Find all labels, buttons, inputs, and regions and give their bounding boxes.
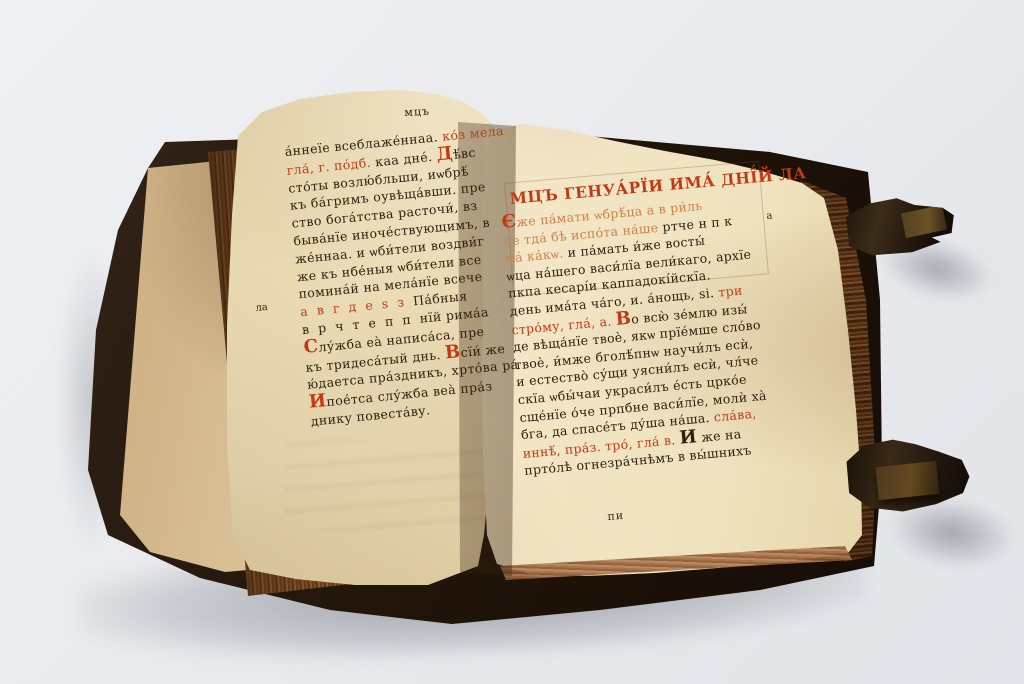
photo-of-open-manuscript-book: мцъ ла а́ннеїе всеблаже́ннаа. ко́з мелаг…: [0, 0, 1024, 684]
left-running-header: мцъ: [404, 105, 430, 119]
right-page-text-block: Єже па́мати ѡбрѣ́ца а в ри́льне тда́ бѣ …: [501, 188, 810, 480]
text-run: В: [615, 307, 632, 329]
text-run: сла́ва,: [713, 406, 757, 425]
left-margin-note: ла: [255, 302, 268, 314]
text-run: три: [718, 282, 743, 299]
text-run: И: [308, 390, 327, 413]
text-run: ѣ́вс: [452, 144, 476, 161]
page-number: пи: [607, 509, 625, 523]
show-through-smudge: [285, 440, 485, 530]
text-run: И: [679, 426, 698, 448]
